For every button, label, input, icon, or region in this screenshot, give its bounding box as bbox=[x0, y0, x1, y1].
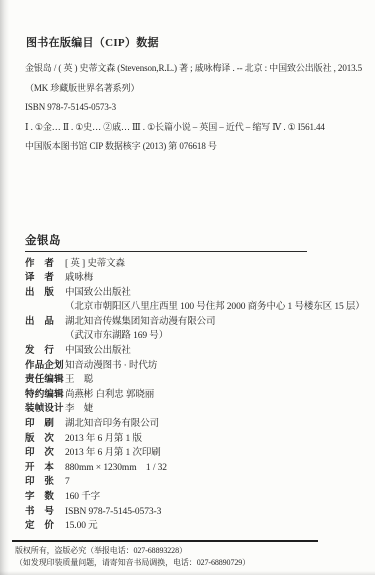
footer-copyright-line: 版权所有，盗版必究（举报电话：027-68893228） bbox=[15, 545, 375, 557]
row-label: 开 本 bbox=[25, 461, 65, 476]
row-label: 书 号 bbox=[25, 505, 65, 520]
colophon-row: 出 版 中国致公出版社 bbox=[25, 286, 375, 301]
footer-divider bbox=[12, 540, 318, 542]
cip-line: （MK 珍藏版世界名著系列） bbox=[25, 79, 375, 99]
row-label: 版 次 bbox=[25, 432, 65, 447]
row-label: 责任编辑 bbox=[25, 373, 65, 388]
row-value: 湖北知音印务有限公司 bbox=[65, 417, 159, 432]
footer: 版权所有，盗版必究（举报电话：027-68893228） （如发现印装质量问题，… bbox=[15, 545, 375, 569]
cip-lines: 金银岛 / ( 英 ) 史蒂文森 (Stevenson,R.L.) 著 ; 戚咏… bbox=[25, 59, 375, 157]
row-value: 王 聪 bbox=[65, 373, 93, 388]
cip-line: 金银岛 / ( 英 ) 史蒂文森 (Stevenson,R.L.) 著 ; 戚咏… bbox=[25, 59, 375, 79]
colophon-row: 印 张 7 bbox=[25, 475, 375, 490]
row-value: 15.00 元 bbox=[65, 519, 98, 534]
colophon-row: 字 数 160 千字 bbox=[25, 490, 375, 505]
row-label: 出 版 bbox=[25, 286, 65, 301]
cip-line: ISBN 978-7-5145-0573-3 bbox=[25, 98, 375, 118]
colophon-row: （武汉市东湖路 169 号） bbox=[25, 329, 375, 344]
row-label: 印 次 bbox=[25, 446, 65, 461]
row-label: 发 行 bbox=[25, 344, 65, 359]
colophon-row: 定 价 15.00 元 bbox=[25, 519, 375, 534]
title-block: 金银岛 bbox=[25, 235, 307, 252]
row-label: 译 者 bbox=[25, 271, 65, 286]
footer-quality-line: （如发现印装质量问题，请寄知音书局调换，电话：027-68890729） bbox=[15, 557, 375, 569]
cip-heading: 图书在版编目（CIP）数据 bbox=[26, 0, 375, 51]
row-value: 戚咏梅 bbox=[65, 271, 93, 286]
colophon-row: 出 品 湖北知音传媒集团知音动漫有限公司 bbox=[25, 315, 375, 330]
row-value: 知音动漫图书 · 时代坊 bbox=[65, 359, 157, 374]
colophon-row: 发 行 中国致公出版社 bbox=[25, 344, 375, 359]
row-label: 出 品 bbox=[25, 315, 65, 330]
row-value: 160 千字 bbox=[65, 490, 100, 505]
row-value: 湖北知音传媒集团知音动漫有限公司 bbox=[65, 315, 215, 330]
colophon-row: 作品企划 知音动漫图书 · 时代坊 bbox=[25, 359, 375, 374]
row-value: ISBN 978-7-5145-0573-3 bbox=[65, 505, 161, 520]
row-label: 作 者 bbox=[25, 257, 65, 272]
row-value: 李 婕 bbox=[65, 402, 93, 417]
row-label: 定 价 bbox=[25, 519, 65, 534]
scan-shadow-bottom bbox=[0, 571, 375, 575]
colophon-row: 版 次 2013 年 6 月第 1 版 bbox=[25, 432, 375, 447]
copyright-page: 图书在版编目（CIP）数据 金银岛 / ( 英 ) 史蒂文森 (Stevenso… bbox=[0, 0, 375, 575]
row-value: 2013 年 6 月第 1 次印刷 bbox=[65, 446, 161, 461]
colophon-row: 开 本 880mm × 1230mm 1 / 32 bbox=[25, 461, 375, 476]
row-label: 作品企划 bbox=[25, 359, 65, 374]
row-value: 7 bbox=[65, 475, 70, 490]
cip-line: 中国版本图书馆 CIP 数据核字 (2013) 第 076618 号 bbox=[25, 137, 375, 157]
row-value: [ 英 ] 史蒂文森 bbox=[65, 257, 125, 272]
row-label: 特约编辑 bbox=[25, 388, 65, 403]
book-title: 金银岛 bbox=[25, 235, 307, 248]
colophon-row: 特约编辑 尚燕彬 白利忠 郭晓丽 bbox=[25, 388, 375, 403]
colophon-row: 责任编辑 王 聪 bbox=[25, 373, 375, 388]
row-label: 装帧设计 bbox=[25, 402, 65, 417]
cip-line: Ⅰ . ①金… Ⅱ . ①史… ②戚… Ⅲ . ①长篇小说 – 英国 – 近代 … bbox=[25, 118, 375, 138]
colophon-row: 装帧设计 李 婕 bbox=[25, 402, 375, 417]
colophon: 作 者 [ 英 ] 史蒂文森 译 者 戚咏梅 出 版 中国致公出版社 （北京市朝… bbox=[25, 257, 375, 534]
colophon-row: 译 者 戚咏梅 bbox=[25, 271, 375, 286]
row-value: 中国致公出版社 bbox=[65, 344, 131, 359]
row-label: 印 刷 bbox=[25, 417, 65, 432]
row-value: 尚燕彬 白利忠 郭晓丽 bbox=[65, 388, 154, 403]
row-value: 2013 年 6 月第 1 版 bbox=[65, 432, 142, 447]
colophon-row: 作 者 [ 英 ] 史蒂文森 bbox=[25, 257, 375, 272]
row-value: （武汉市东湖路 169 号） bbox=[65, 329, 168, 344]
row-label: 字 数 bbox=[25, 490, 65, 505]
colophon-row: （北京市朝阳区八里庄西里 100 号住邦 2000 商务中心 1 号楼东区 15… bbox=[25, 300, 375, 315]
row-value: 880mm × 1230mm 1 / 32 bbox=[65, 461, 167, 476]
colophon-row: 印 刷 湖北知音印务有限公司 bbox=[25, 417, 375, 432]
row-value: （北京市朝阳区八里庄西里 100 号住邦 2000 商务中心 1 号楼东区 15… bbox=[65, 300, 365, 315]
colophon-row: 印 次 2013 年 6 月第 1 次印刷 bbox=[25, 446, 375, 461]
scan-shadow-left bbox=[0, 0, 9, 575]
row-label: 印 张 bbox=[25, 475, 65, 490]
row-value: 中国致公出版社 bbox=[65, 286, 131, 301]
colophon-row: 书 号 ISBN 978-7-5145-0573-3 bbox=[25, 505, 375, 520]
